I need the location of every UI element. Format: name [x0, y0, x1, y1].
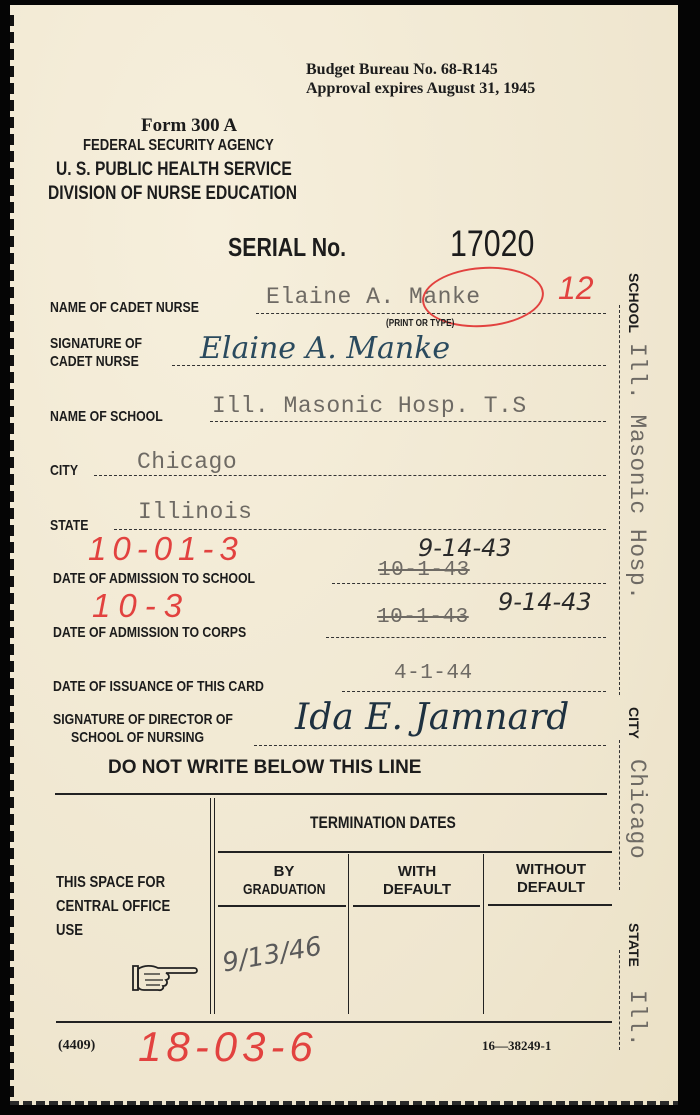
admission-school-line [332, 583, 606, 584]
division-name: DIVISION OF NURSE EDUCATION [48, 183, 352, 205]
stub-school-label: SCHOOL [626, 273, 642, 333]
stub-city-value: Chicago [624, 759, 650, 859]
graduation-date-value: 9/13/46 [220, 932, 324, 979]
footer-red-annotation: 18-03-6 [138, 1023, 318, 1071]
approval-expiry: Approval expires August 31, 1945 [306, 79, 535, 98]
admission-corps-label: DATE OF ADMISSION TO CORPS [53, 624, 289, 641]
school-name-value: Ill. Masonic Hosp. T.S [212, 393, 527, 419]
cadet-signature-value: Elaine A. Manke [200, 331, 450, 366]
state-value: Illinois [138, 499, 252, 525]
cadet-signature-label: SIGNATURE OF CADET NURSE [50, 335, 162, 371]
city-label: CITY [50, 462, 84, 479]
issuance-line [342, 691, 606, 692]
issuance-value: 4-1-44 [394, 662, 473, 685]
cadet-name-label: NAME OF CADET NURSE [50, 299, 232, 316]
admission-school-red-annotation: 10-01-3 [88, 530, 244, 568]
admission-corps-line [326, 637, 606, 638]
central-office-divider-b [214, 798, 215, 1014]
stub-separator-city [619, 740, 620, 890]
form-number: Form 300 A [141, 115, 237, 137]
left-perforation [10, 15, 14, 1105]
col-header-with-default: WITH DEFAULT [354, 863, 480, 899]
col-header-without-default: WITHOUT DEFAULT [490, 861, 612, 897]
pointing-hand-icon [130, 960, 200, 999]
bottom-perforation [10, 1101, 678, 1105]
director-signature-value: Ida E. Jamnard [295, 697, 569, 738]
budget-bureau-number: Budget Bureau No. 68-R145 [306, 60, 535, 79]
print-or-type-hint: (PRINT OR TYPE) [386, 318, 469, 329]
termination-title: TERMINATION DATES [310, 813, 488, 833]
stub-separator-state [619, 950, 620, 1050]
col-divider-1 [348, 854, 349, 1014]
issuance-label: DATE OF ISSUANCE OF THIS CARD [53, 678, 310, 695]
admission-corps-red-annotation: 10-3 [92, 587, 190, 625]
admission-corps-handwritten: 9-14-43 [498, 588, 592, 616]
stub-separator-school [619, 305, 620, 695]
stub-state-label: STATE [626, 923, 642, 967]
admission-school-struck-value: 10-1-43 [378, 559, 470, 582]
cadet-red-annotation: 12 [558, 270, 594, 307]
serial-number: 17020 [450, 223, 553, 265]
form-code-right: 16—38249-1 [482, 1038, 551, 1054]
serial-label: SERIAL No. [228, 232, 372, 263]
do-not-write-warning: DO NOT WRITE BELOW THIS LINE [108, 757, 421, 779]
admission-school-handwritten: 9-14-43 [418, 534, 512, 562]
central-office-divider-a [210, 798, 211, 1014]
col-rule-3 [488, 904, 612, 906]
admission-school-label: DATE OF ADMISSION TO SCHOOL [53, 570, 299, 587]
central-office-label: THIS SPACE FOR CENTRAL OFFICE USE [56, 871, 195, 943]
stub-school-value: Ill. Masonic Hosp. [624, 343, 650, 600]
agency-name: FEDERAL SECURITY AGENCY [83, 137, 316, 155]
director-signature-line [254, 745, 606, 746]
col-rule-1 [218, 905, 346, 907]
city-value: Chicago [137, 449, 237, 475]
admission-corps-struck-value: 10-1-43 [377, 606, 469, 629]
form-code-left: (4409) [58, 1038, 95, 1054]
school-name-line [210, 421, 606, 422]
col-divider-2 [483, 854, 484, 1014]
without-default-cell [490, 910, 610, 1010]
city-line [94, 475, 606, 476]
stub-city-label: CITY [626, 707, 642, 739]
col-rule-2 [353, 905, 480, 907]
director-signature-label: SIGNATURE OF DIRECTOR OF SCHOOL OF NURSI… [53, 711, 272, 747]
nurse-cadet-card: Budget Bureau No. 68-R145 Approval expir… [10, 5, 678, 1105]
budget-info: Budget Bureau No. 68-R145 Approval expir… [306, 60, 535, 98]
col-header-by-graduation: BY GRADUATION [222, 863, 346, 899]
stub-state-value: Ill. [624, 990, 650, 1047]
termination-title-rule [218, 851, 612, 853]
with-default-cell [354, 910, 480, 1010]
school-name-label: NAME OF SCHOOL [50, 408, 188, 425]
service-name: U. S. PUBLIC HEALTH SERVICE [56, 159, 344, 181]
warning-rule [55, 793, 607, 795]
